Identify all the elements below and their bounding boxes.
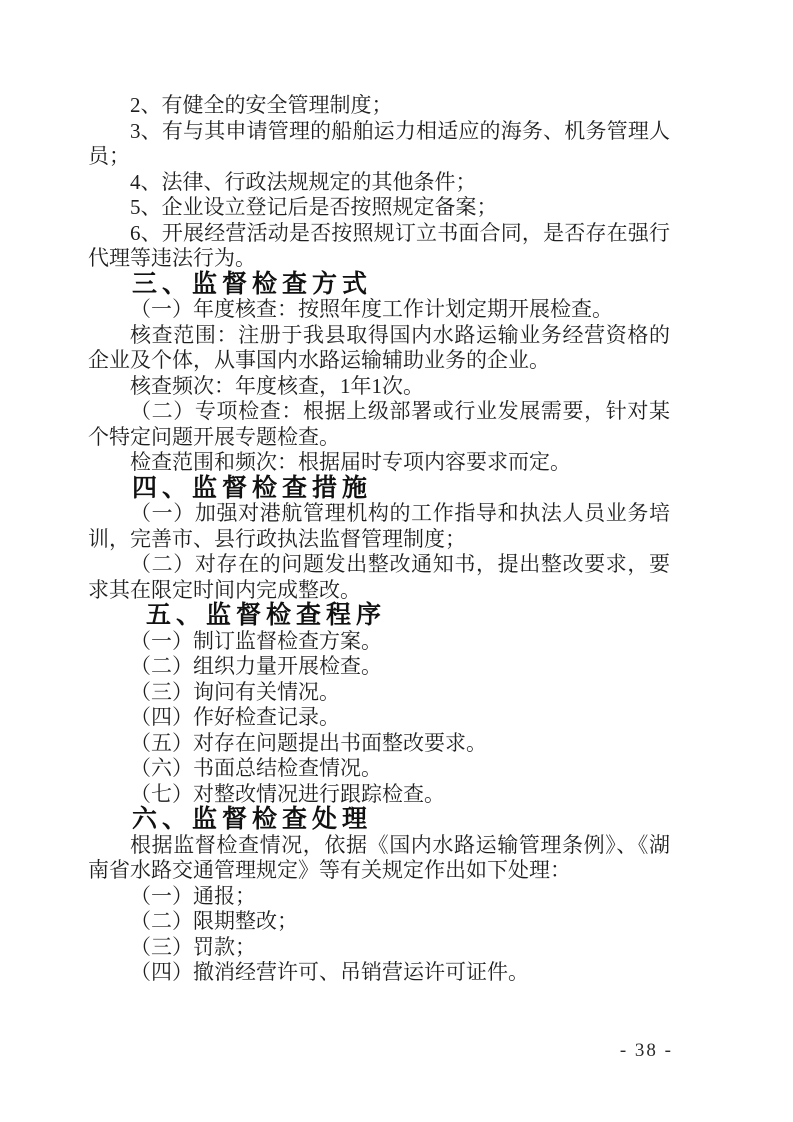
procedure-step-item: （一）制订监督检查方案。 (88, 629, 670, 655)
procedure-step-item: （二）组织力量开展检查。 (88, 654, 670, 680)
procedure-step-item: （六）书面总结检查情况。 (88, 756, 670, 782)
handling-intro-paragraph: 根据监督检查情况，依据《国内水路运输管理条例》、《湖南省水路交通管理规定》等有关… (88, 833, 670, 884)
inspection-measure-item: （一）加强对港航管理机构的工作指导和执法人员业务培训，完善市、县行政执法监督管理… (88, 501, 670, 552)
inspection-scope-paragraph: 核查范围：注册于我县取得国内水路运输业务经营资格的企业及个体，从事国内水路运输辅… (88, 323, 670, 374)
section-heading-inspection-handling: 六、监督检查处理 (88, 807, 670, 833)
document-page: 2、有健全的安全管理制度； 3、有与其申请管理的船舶运力相适应的海务、机务管理人… (0, 0, 793, 1122)
numbered-condition-item: 3、有与其申请管理的船舶运力相适应的海务、机务管理人员； (88, 119, 670, 170)
numbered-condition-item: 6、开展经营活动是否按照规订立书面合同，是否存在强行代理等违法行为。 (88, 221, 670, 272)
procedure-step-item: （七）对整改情况进行跟踪检查。 (88, 782, 670, 808)
section-heading-inspection-methods: 三、监督检查方式 (88, 272, 670, 298)
inspection-method-item: （二）专项检查：根据上级部署或行业发展需要，针对某个特定问题开展专题检查。 (88, 399, 670, 450)
handling-option-item: （四）撤消经营许可、吊销营运许可证件。 (88, 960, 670, 986)
document-body: 2、有健全的安全管理制度； 3、有与其申请管理的船舶运力相适应的海务、机务管理人… (88, 93, 670, 986)
section-heading-inspection-measures: 四、监督检查措施 (88, 476, 670, 502)
numbered-condition-item: 2、有健全的安全管理制度； (88, 93, 670, 119)
inspection-frequency-paragraph: 核查频次：年度核查，1年1次。 (88, 374, 670, 400)
page-footer: - 38 - (620, 1040, 673, 1062)
procedure-step-item: （三）询问有关情况。 (88, 680, 670, 706)
inspection-measure-item: （二）对存在的问题发出整改通知书，提出整改要求，要求其在限定时间内完成整改。 (88, 552, 670, 603)
numbered-condition-item: 4、法律、行政法规规定的其他条件； (88, 170, 670, 196)
handling-option-item: （二）限期整改； (88, 909, 670, 935)
procedure-step-item: （五）对存在问题提出书面整改要求。 (88, 731, 670, 757)
numbered-condition-item: 5、企业设立登记后是否按照规定备案； (88, 195, 670, 221)
procedure-step-item: （四）作好检查记录。 (88, 705, 670, 731)
handling-option-item: （一）通报； (88, 884, 670, 910)
section-heading-inspection-procedure: 五、监督检查程序 (88, 603, 670, 629)
inspection-method-item: （一）年度核查：按照年度工作计划定期开展检查。 (88, 297, 670, 323)
handling-option-item: （三）罚款； (88, 935, 670, 961)
page-number: - 38 - (620, 1040, 673, 1061)
inspection-scope-paragraph: 检查范围和频次：根据届时专项内容要求而定。 (88, 450, 670, 476)
